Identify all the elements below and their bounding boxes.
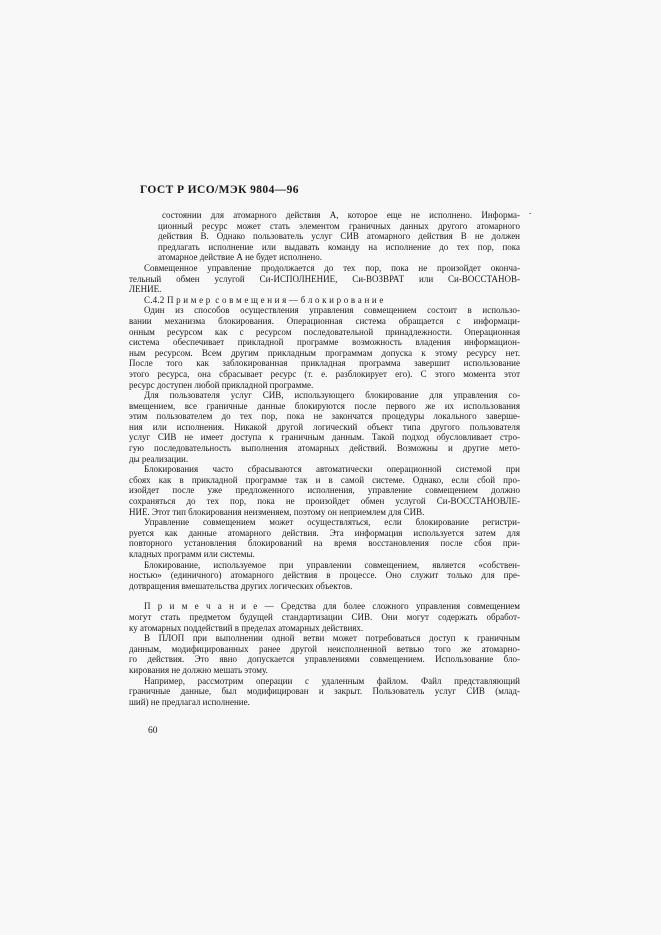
text-line: этим пользователем до тех пор, пока не з…: [129, 411, 520, 422]
paragraph: Блокирования часто сбрасываются автомати…: [129, 464, 520, 517]
scanned-document-page: ГОСТ Р ИСО/МЭК 9804—96 . состоянии для а…: [0, 0, 661, 935]
text-line: могут стать предметом будущей стандартиз…: [129, 612, 520, 623]
text-line: кладных программ или системы.: [129, 549, 520, 560]
section-heading: С.4.2 П р и м е р с о в м е щ е н и я — …: [129, 295, 520, 306]
text-line: го действия. Это явно допускается управл…: [129, 654, 520, 665]
text-line: предлагать исполнение или выдавать коман…: [158, 242, 520, 253]
text-line: граничные данные, был модифицирован и за…: [129, 686, 520, 697]
text-line: С.4.2 П р и м е р с о в м е щ е н и я — …: [129, 295, 520, 306]
paragraph: Для пользователя услуг СИВ, использующег…: [129, 390, 520, 464]
text-line: руется как данные атомарного действия. Э…: [129, 528, 520, 539]
text-line: сохраняться до тех пор, пока не произойд…: [129, 496, 520, 507]
paragraph: Один из способов осуществления управлени…: [129, 305, 520, 390]
paragraph: Например, рассмотрим операции с удаленны…: [129, 676, 520, 708]
text-line: вмещением, все граничные данные блокирую…: [129, 401, 520, 412]
text-line: Блокирования часто сбрасываются автомати…: [129, 464, 520, 475]
text-line: ния или исполнения. Никакой другой логич…: [129, 422, 520, 433]
text-line: атомарное действие А не будет исполнено.: [158, 252, 520, 263]
text-line: тельный обмен услугой Си-ИСПОЛНЕНИЕ, Си-…: [129, 274, 520, 285]
text-line: ностью» (единичного) атомарного действия…: [129, 570, 520, 581]
page-number: 60: [148, 726, 158, 736]
text-line: состоянии для атомарного действия А, кот…: [158, 210, 520, 221]
text-line: Управление совмещением может осуществлят…: [129, 517, 520, 528]
text-line: После того как заблокированная прикладна…: [129, 358, 520, 369]
text-line: НИЕ. Этот тип блокирования неизменяем, п…: [129, 507, 520, 518]
text-line: вании механизма блокирования. Операционн…: [129, 316, 520, 327]
paragraph: Управление совмещением может осуществлят…: [129, 517, 520, 559]
text-line: П р и м е ч а н и е — Средства для более…: [129, 601, 520, 612]
text-line: сбоях как в прикладной программе так и в…: [129, 475, 520, 486]
text-line: действия В. Однако пользователь услуг СИ…: [158, 231, 520, 242]
note-paragraph: П р и м е ч а н и е — Средства для более…: [129, 601, 520, 633]
indented-continuation-paragraph: состоянии для атомарного действия А, кот…: [158, 210, 520, 263]
text-line: изойдет после уже предложенного исполнен…: [129, 485, 520, 496]
paragraph: Блокирование, используемое при управлени…: [129, 560, 520, 592]
paragraph: Совмещенное управление продолжается до т…: [129, 263, 520, 295]
text-line: повторного установления блокирований на …: [129, 538, 520, 549]
document-body: состоянии для атомарного действия А, кот…: [129, 210, 520, 707]
paragraph: В ПЛОП при выполнении одной ветви может …: [129, 633, 520, 675]
text-line: ным ресурсом. Всем другим прикладным про…: [129, 348, 520, 359]
text-line: ды реализации.: [129, 454, 520, 465]
text-line: гую последовательность выполнения атомар…: [129, 443, 520, 454]
text-line: ЛЕНИЕ.: [129, 284, 520, 295]
scan-artifact-dot: .: [529, 206, 531, 217]
text-line: ресурс доступен любой прикладной програм…: [129, 380, 520, 391]
text-line: система обеспечивает прикладной программ…: [129, 337, 520, 348]
text-line: Для пользователя услуг СИВ, использующег…: [129, 390, 520, 401]
text-line: ший) не предлагал исполнение.: [129, 697, 520, 708]
text-line: Блокирование, используемое при управлени…: [129, 560, 520, 571]
text-line: Например, рассмотрим операции с удаленны…: [129, 676, 520, 687]
text-line: Совмещенное управление продолжается до т…: [129, 263, 520, 274]
text-line: Один из способов осуществления управлени…: [129, 305, 520, 316]
text-line: онным ресурсом как с ресурсом последоват…: [129, 327, 520, 338]
text-line: кирования не должно мешать этому.: [129, 665, 520, 676]
text-line: данным, модифицированных ранее другой не…: [129, 644, 520, 655]
text-line: этого ресурса, она сбрасывает ресурс (т.…: [129, 369, 520, 380]
text-line: В ПЛОП при выполнении одной ветви может …: [129, 633, 520, 644]
text-line: ционный ресурс может стать элементом гра…: [158, 221, 520, 232]
text-line: ку атомарных поддействий в пределах атом…: [129, 623, 520, 634]
document-standard-header: ГОСТ Р ИСО/МЭК 9804—96: [140, 184, 299, 196]
text-line: дотвращения вмешательства других логичес…: [129, 581, 520, 592]
text-line: услуг СИВ не имеет доступа к граничным д…: [129, 432, 520, 443]
